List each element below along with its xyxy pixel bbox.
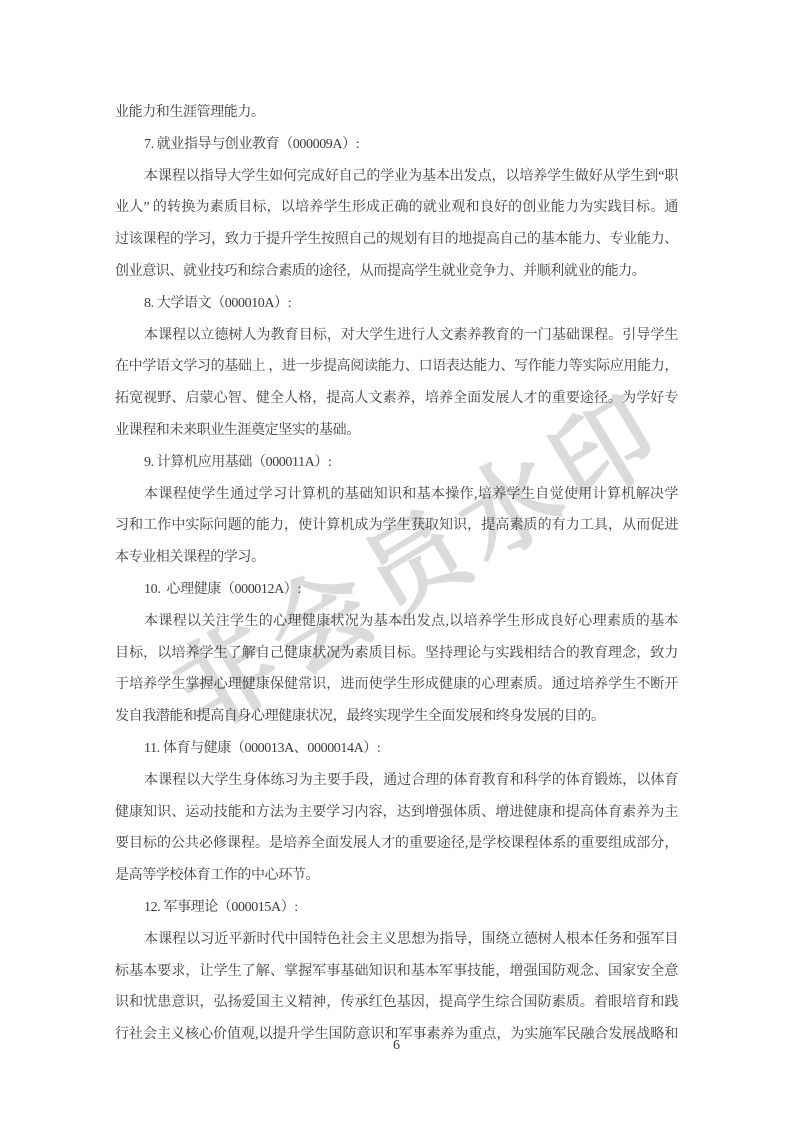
document-body: 业能力和生涯管理能力。7. 就业指导与创业教育（000009A）:本课程以指导大… (115, 97, 678, 1051)
text-line: 9. 计算机应用基础（000011A）: (115, 447, 678, 479)
page-footer: 6 (0, 1036, 793, 1054)
text-line: 过该课程的学习，致力于提升学生按照自己的规划有目的地提高自己的基本能力、专业能力… (115, 224, 678, 256)
text-line: 在中学语文学习的基础上 ，进一步提高阅读能力、口语表达能力、写作能力等实际应用能… (115, 351, 678, 383)
text-line: 12. 军事理论（000015A）: (115, 892, 678, 924)
text-line: 本课程以习近平新时代中国特色社会主义思想为指导，围绕立德树人根本任务和强军目 (115, 924, 678, 956)
text-line: 本课程以指导大学生如何完成好自己的学业为基本出发点，以培养学生做好从学生到“职 (115, 161, 678, 193)
text-line: 本课程以大学生身体练习为主要手段，通过合理的体育教育和科学的体育锻炼，以体育 (115, 765, 678, 797)
text-line: 11. 体育与健康（000013A、0000014A）: (115, 733, 678, 765)
text-line: 创业意识、就业技巧和综合素质的途径，从而提高学生就业竞争力、并顺利就业的能力。 (115, 256, 678, 288)
text-line: 标基本要求，让学生了解、掌握军事基础知识和基本军事技能，增强国防观念、国家安全意 (115, 956, 678, 988)
text-line: 识和忧患意识，弘扬爱国主义精神，传承红色基因，提高学生综合国防素质。着眼培育和践 (115, 987, 678, 1019)
text-line: 业能力和生涯管理能力。 (115, 97, 678, 129)
text-line: 于培养学生掌握心理健康保健常识，进而使学生形成健康的心理素质。通过培养学生不断开 (115, 669, 678, 701)
page-number: 6 (393, 1038, 400, 1054)
text-line: 本专业相关课程的学习。 (115, 542, 678, 574)
document-page: 非会员水印 业能力和生涯管理能力。7. 就业指导与创业教育（000009A）:本… (0, 0, 793, 1122)
text-line: 10. 心理健康（000012A）: (115, 574, 678, 606)
text-line: 业课程和未来职业生涯奠定坚实的基础。 (115, 415, 678, 447)
text-line: 业人” 的转换为素质目标，以培养学生形成正确的就业观和良好的创业能力为实践目标。… (115, 192, 678, 224)
text-line: 本课程以关注学生的心理健康状况为基本出发点,以培养学生形成良好心理素质的基本 (115, 606, 678, 638)
text-line: 本课程使学生通过学习计算机的基础知识和基本操作,培养学生自觉使用计算机解决学 (115, 479, 678, 511)
text-line: 7. 就业指导与创业教育（000009A）: (115, 129, 678, 161)
text-line: 目标，以培养学生了解自己健康状况为素质目标。坚持理论与实践相结合的教育理念，致力 (115, 638, 678, 670)
text-line: 是高等学校体育工作的中心环节。 (115, 860, 678, 892)
text-line: 本课程以立德树人为教育目标，对大学生进行人文素养教育的一门基础课程。引导学生 (115, 320, 678, 352)
text-line: 发自我潜能和提高自身心理健康状况，最终实现学生全面发展和终身发展的目的。 (115, 701, 678, 733)
text-line: 拓宽视野、启蒙心智、健全人格，提高人文素养，培养全面发展人才的重要途径。为学好专 (115, 383, 678, 415)
text-line: 要目标的公共必修课程。是培养全面发展人才的重要途径,是学校课程体系的重要组成部分… (115, 828, 678, 860)
text-line: 习和工作中实际问题的能力，使计算机成为学生获取知识，提高素质的有力工具，从而促进 (115, 510, 678, 542)
text-line: 8. 大学语文（000010A）: (115, 288, 678, 320)
text-line: 健康知识、运动技能和方法为主要学习内容，达到增强体质、增进健康和提高体育素养为主 (115, 797, 678, 829)
